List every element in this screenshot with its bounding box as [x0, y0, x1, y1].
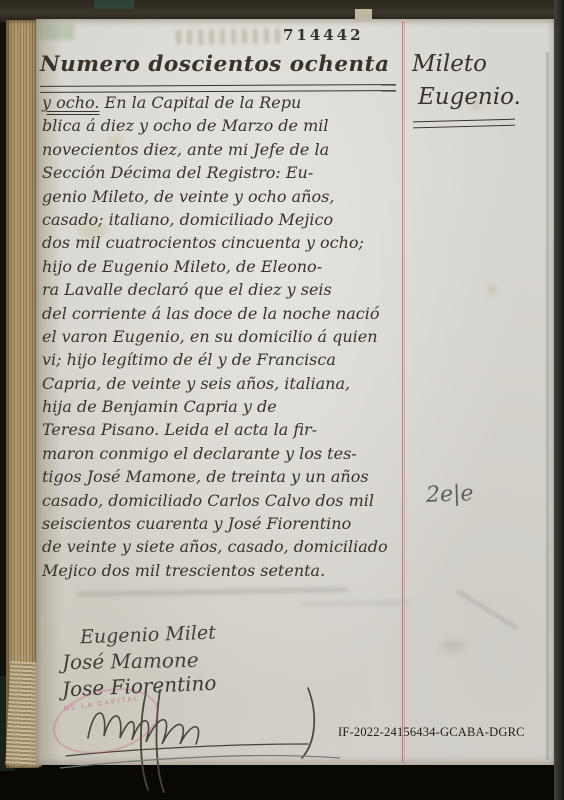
paper-stain — [440, 640, 466, 652]
body-line: genio Mileto, de veinte y ocho años, — [42, 187, 402, 210]
body-line: hijo de Eugenio Mileto, de Eleono- — [42, 257, 402, 280]
red-margin-rule — [402, 21, 405, 763]
backdrop-teal-patch — [94, 0, 134, 9]
body-text: y ocho. En la Capital de la Republica á … — [42, 93, 402, 584]
body-line: novecientos diez, ante mi Jefe de la — [42, 140, 402, 163]
body-line: del corriente á las doce de la noche nac… — [42, 304, 402, 327]
body-line: vi; hijo legítimo de él y de Francisca — [42, 350, 402, 373]
body-line: Mejico dos mil trescientos setenta. — [42, 561, 402, 584]
body-line: el varon Eugenio, en su domicilio á quie… — [42, 327, 402, 350]
body-line: tigos José Mamone, de treinta y un años — [42, 467, 402, 490]
paper-stain — [488, 286, 496, 293]
act-title: Numero doscientos ochenta — [40, 52, 400, 77]
signature: José Mamone — [62, 648, 199, 674]
margin-name-surname: Mileto — [412, 48, 557, 81]
body-line: blica á diez y ocho de Marzo de mil — [42, 116, 402, 139]
body-line: Capria, de veinte y seis años, italiana, — [42, 374, 402, 397]
margin-name-note: Mileto Eugenio. — [412, 48, 557, 114]
body-line: seiscientos cuarenta y José Fiorentino — [42, 514, 402, 537]
serial-number-stamp: 714442 — [283, 26, 364, 44]
body-line: hija de Benjamin Capria y de — [42, 397, 402, 420]
faded-stamp-impression — [176, 28, 282, 45]
faded-ink-smudge — [38, 24, 74, 40]
body-line: Sección Décima del Registro: Eu- — [42, 163, 402, 186]
body-line: casado, domiciliado Carlos Calvo dos mil — [42, 491, 402, 514]
body-line: ra Lavalle declaró que el diez y seis — [42, 280, 402, 303]
body-line: dos mil cuatrocientos cincuenta y ocho; — [42, 233, 402, 256]
margin-name-given: Eugenio. — [412, 81, 557, 114]
registry-page-photo: 714442 Numero doscientos ochenta Mileto … — [0, 0, 564, 800]
pencil-annotation: 2e|e — [426, 481, 474, 508]
photo-backdrop-right-edge — [554, 0, 564, 800]
body-line: casado; italiano, domiciliado Mejico — [42, 210, 402, 233]
body-line: Teresa Pisano. Leida el acta la fir- — [42, 420, 402, 443]
body-line: maron conmigo el declarante y los tes- — [42, 444, 402, 467]
book-spine-page-edges — [6, 20, 39, 768]
body-line: y ocho. En la Capital de la Repu — [42, 93, 402, 116]
page-crease — [545, 52, 550, 760]
body-line: de veinte y siete años, casado, domicili… — [42, 537, 402, 560]
digitization-watermark: IF-2022-24156434-GCABA-DGRC — [338, 725, 525, 740]
underlined-phrase: y ocho. — [42, 93, 99, 112]
